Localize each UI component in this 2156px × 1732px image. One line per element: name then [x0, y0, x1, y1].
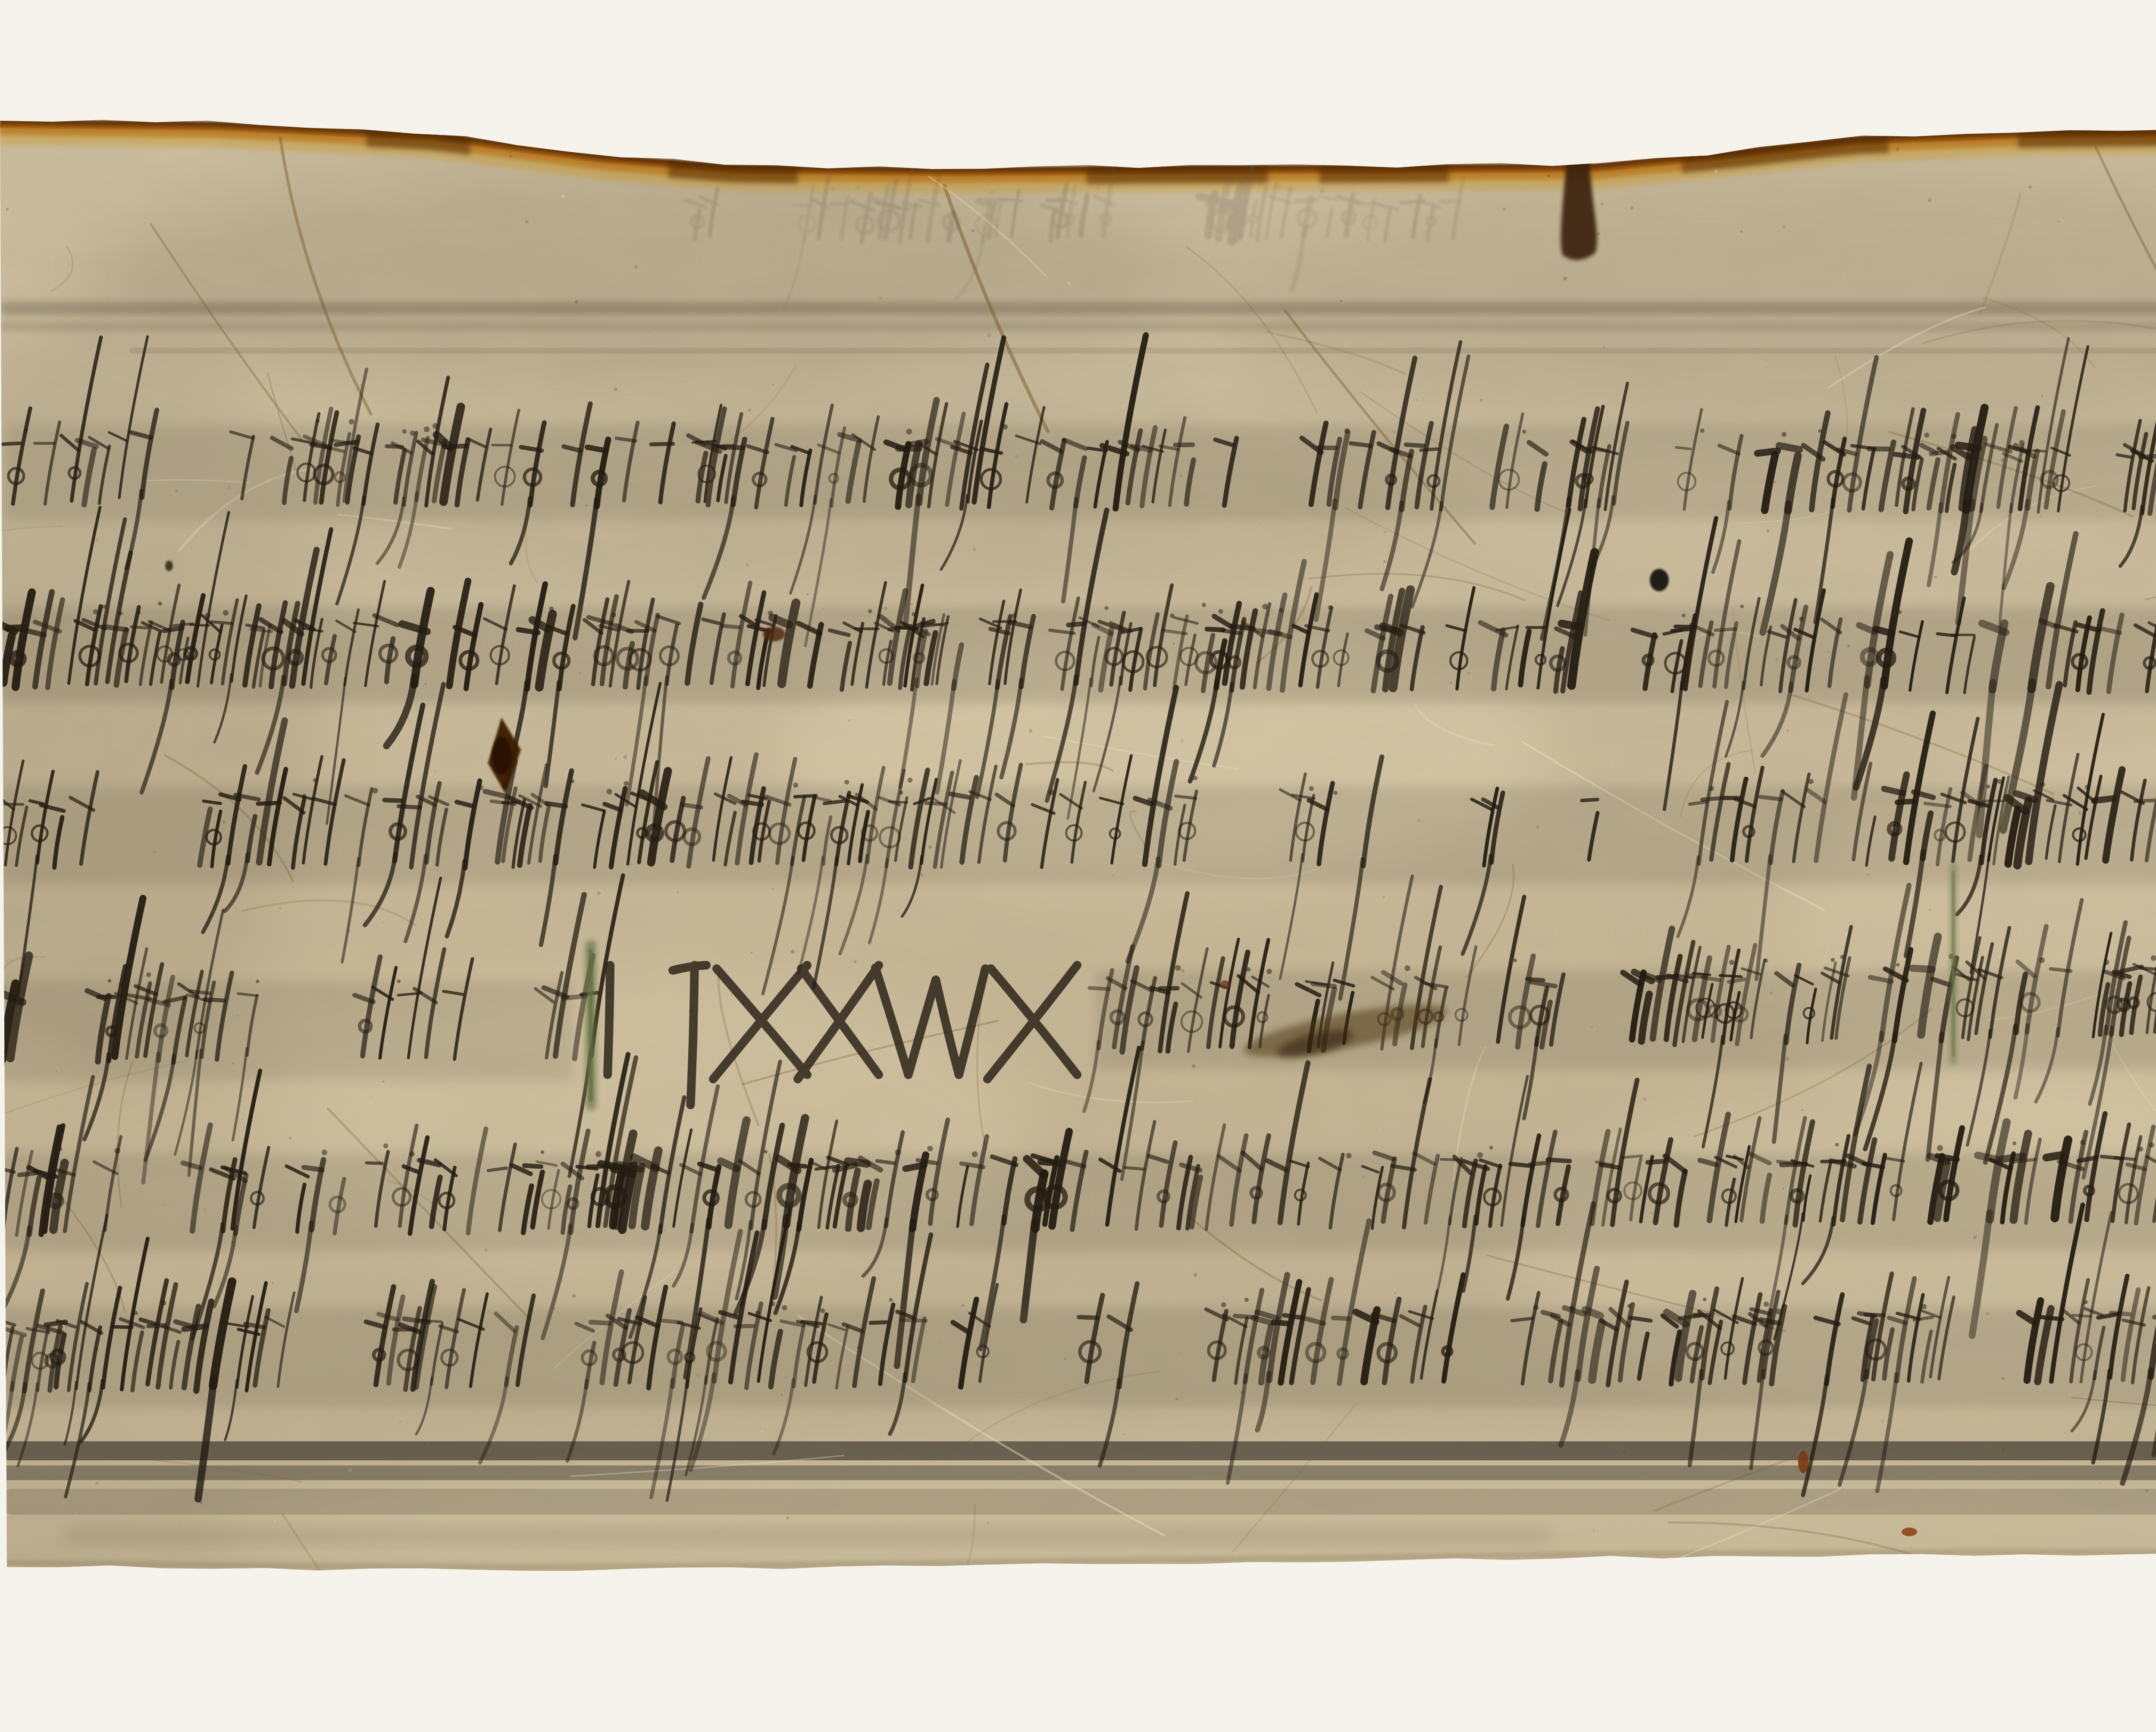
speck	[1597, 232, 1600, 235]
speck	[987, 1522, 989, 1524]
stain-red-fleck	[1902, 1528, 1917, 1536]
speck	[151, 884, 154, 887]
speck	[382, 922, 383, 923]
speck	[1623, 1451, 1626, 1454]
guide-band	[0, 323, 2156, 330]
speck	[973, 548, 977, 552]
speck	[1340, 300, 1342, 302]
speck	[634, 265, 638, 269]
speck	[1213, 897, 1215, 898]
stain-resin-core	[492, 737, 511, 775]
speck	[95, 538, 99, 542]
speck	[1929, 909, 1932, 912]
speck	[370, 1101, 373, 1104]
speck	[1928, 198, 1932, 202]
speck	[730, 994, 732, 995]
manuscript-scene	[0, 0, 2156, 1732]
speck	[271, 1282, 273, 1284]
speck	[561, 195, 565, 198]
speck	[761, 1430, 763, 1432]
speck	[677, 891, 679, 894]
speck	[1181, 739, 1184, 743]
speck	[2002, 1449, 2005, 1451]
speck	[1631, 207, 1634, 210]
speck	[2100, 1482, 2101, 1484]
guide-band	[0, 1465, 2156, 1480]
paper-leaf	[0, 112, 2156, 1630]
speck	[78, 1512, 80, 1513]
speck	[1766, 359, 1767, 361]
speck	[476, 968, 479, 971]
speck	[509, 154, 512, 157]
speck	[1383, 1127, 1385, 1129]
speck	[399, 1421, 401, 1423]
speck	[1383, 560, 1386, 563]
speck	[1377, 168, 1379, 170]
speck	[772, 384, 774, 386]
speck	[987, 333, 991, 337]
speck	[879, 297, 882, 300]
speck	[1989, 929, 1991, 932]
stain-red-fleck	[1798, 1451, 1808, 1473]
speck	[575, 300, 579, 304]
speck	[1480, 399, 1483, 402]
speck	[615, 758, 617, 760]
speck	[133, 328, 135, 329]
speck	[1548, 175, 1550, 177]
speck	[58, 1492, 61, 1495]
speck	[2057, 220, 2060, 223]
speck	[1593, 1530, 1595, 1532]
speck	[630, 391, 632, 393]
speck	[279, 907, 281, 909]
speck	[572, 1294, 576, 1298]
speck	[273, 1519, 276, 1522]
speck	[525, 220, 529, 223]
stain-green-core	[1952, 871, 1955, 1057]
speck	[751, 952, 752, 954]
guide-band	[65, 1527, 1552, 1544]
speck	[663, 1525, 664, 1527]
speck	[1123, 1434, 1125, 1435]
speck	[382, 1081, 385, 1083]
speck	[848, 719, 850, 722]
speck	[962, 1304, 964, 1307]
speck	[1783, 226, 1785, 228]
speck	[1881, 1420, 1884, 1423]
stain-dark-spot	[165, 561, 173, 571]
speck	[1029, 729, 1032, 733]
speck	[1740, 230, 1743, 233]
speck	[1643, 1098, 1647, 1101]
speck	[807, 593, 809, 596]
speck	[1068, 282, 1071, 285]
numeral-stroke	[608, 965, 610, 1075]
speck	[1601, 203, 1604, 206]
speck	[858, 980, 860, 983]
burn-clump	[1319, 164, 1449, 183]
speck	[971, 229, 975, 232]
stain-red-fleck	[1220, 980, 1229, 989]
speck	[597, 891, 601, 895]
speck	[746, 563, 749, 566]
speck	[434, 771, 436, 772]
speck	[1603, 346, 1605, 348]
speck	[748, 408, 751, 412]
speck	[95, 1481, 99, 1485]
speck	[430, 1443, 433, 1445]
speck	[1502, 207, 1506, 211]
stain-green-core	[589, 949, 593, 1102]
speck	[624, 755, 627, 759]
speck	[852, 953, 854, 955]
speck	[1382, 896, 1385, 898]
speck	[2029, 186, 2032, 189]
speck	[1802, 1109, 1804, 1111]
showthrough-band	[0, 981, 573, 1080]
stain-dark-spot	[1650, 569, 1669, 591]
speck	[289, 1137, 291, 1139]
speck	[1394, 1292, 1396, 1294]
speck	[1787, 730, 1789, 732]
manuscript-leaf-photo	[0, 0, 2156, 1732]
speck	[2145, 1489, 2149, 1492]
speck	[910, 603, 913, 606]
speck	[1564, 277, 1567, 281]
guide-band	[0, 1441, 2156, 1460]
speck	[6, 208, 9, 210]
stain-dark-spot	[763, 627, 785, 641]
speck	[1194, 1273, 1197, 1277]
speck	[997, 1120, 998, 1121]
speck	[2041, 395, 2043, 397]
speck	[614, 388, 617, 391]
speck	[1896, 147, 1900, 151]
speck	[786, 1516, 790, 1520]
speck	[1934, 576, 1937, 578]
numeral-stroke	[690, 965, 694, 1105]
speck	[1714, 169, 1718, 173]
speck	[791, 950, 795, 954]
speck	[1416, 399, 1418, 401]
speck	[950, 1003, 951, 1004]
numeral-stroke	[673, 965, 706, 970]
photo-stage	[0, 0, 2156, 1732]
speck	[1384, 531, 1386, 533]
speck	[649, 330, 651, 332]
speck	[1260, 524, 1262, 525]
speck	[348, 1468, 352, 1472]
speck	[854, 960, 857, 963]
speck	[771, 888, 774, 890]
speck	[1667, 570, 1670, 574]
speck	[1766, 529, 1769, 532]
